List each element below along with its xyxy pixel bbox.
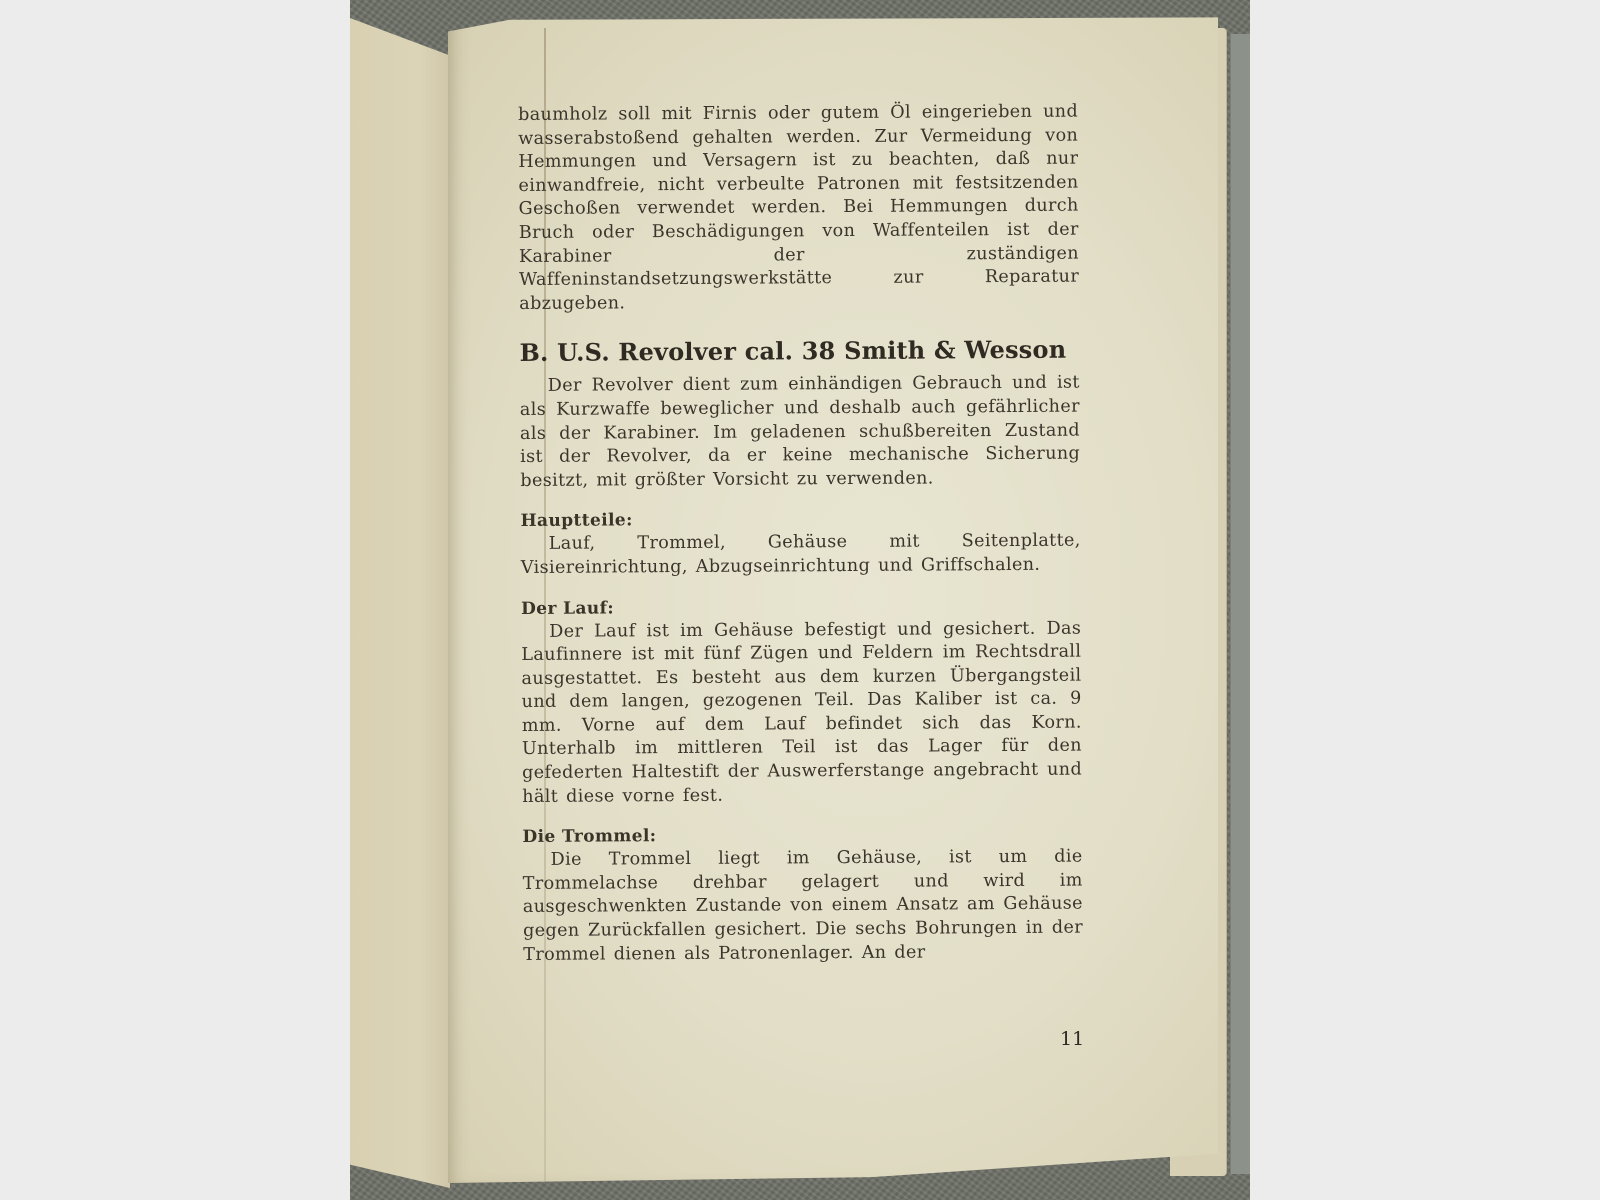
revolver-paragraph: Der Revolver dient zum einhändigen Gebra…: [520, 372, 1081, 493]
section-title: B. U.S. Revolver cal. 38 Smith & Wesson: [519, 335, 1079, 367]
lauf-paragraph: Der Lauf ist im Gehäuse befestigt und ge…: [521, 617, 1082, 809]
hauptteile-paragraph: Lauf, Trommel, Gehäuse mit Seitenplatte,…: [521, 530, 1081, 581]
subheading-lauf: Der Lauf:: [521, 595, 1081, 618]
trommel-paragraph: Die Trommel liegt im Gehäuse, ist um die…: [523, 846, 1084, 967]
booklet-photo: baumholz soll mit Firnis oder gutem Öl e…: [350, 0, 1250, 1200]
subheading-hauptteile: Hauptteile:: [520, 508, 1080, 531]
intro-paragraph: baumholz soll mit Firnis oder gutem Öl e…: [518, 101, 1079, 317]
page-number: 11: [1060, 1028, 1084, 1050]
left-page: [350, 18, 450, 1188]
page-text: baumholz soll mit Firnis oder gutem Öl e…: [518, 101, 1083, 968]
subheading-trommel: Die Trommel:: [522, 824, 1082, 847]
booklet-back-cover: [1230, 34, 1250, 1174]
